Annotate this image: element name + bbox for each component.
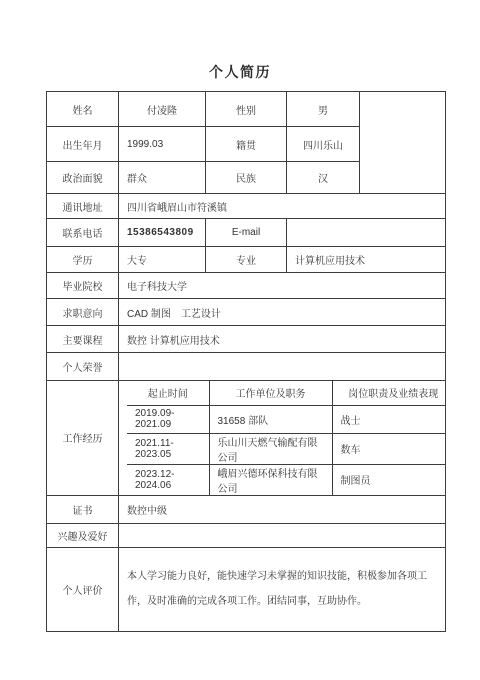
native-place-label: 籍贯 [206, 127, 287, 162]
row-evaluation: 个人评价 本人学习能力良好，能快速学习未掌握的知识技能，积极参加各项工作，及时准… [47, 547, 446, 631]
major-label: 专业 [206, 247, 287, 273]
main-courses-label: 主要课程 [47, 326, 119, 353]
address-value: 四川省峨眉山市符溪镇 [119, 194, 446, 219]
row-hobbies: 兴趣及爱好 [47, 523, 446, 547]
photo-placeholder [360, 92, 446, 194]
honors-label: 个人荣誉 [47, 353, 119, 381]
political-status-label: 政治面貌 [47, 162, 119, 194]
school-label: 毕业院校 [47, 273, 119, 299]
address-label: 通讯地址 [47, 194, 119, 219]
phone-value: 15386543809 [119, 219, 206, 247]
we-row: 2019.09-2021.09 31658 部队 战士 [127, 405, 446, 433]
gender-value: 男 [287, 92, 360, 127]
we-duty: 制图员 [332, 464, 446, 495]
resume-table: 姓名 付凌隆 性别 男 出生年月 1999.03 籍贯 四川乐山 政治面貌 群众… [46, 91, 446, 632]
row-school: 毕业院校 电子科技大学 [47, 273, 446, 299]
major-value: 计算机应用技术 [287, 247, 446, 273]
we-duty: 战士 [332, 405, 446, 433]
row-education-major: 学历 大专 专业 计算机应用技术 [47, 247, 446, 273]
row-main-courses: 主要课程 数控 计算机应用技术 [47, 326, 446, 353]
we-header-duty: 岗位职责及业绩表现 [332, 381, 446, 405]
email-value [287, 219, 446, 247]
we-period: 2019.09-2021.09 [127, 405, 209, 433]
work-experience-table: 起止时间 工作单位及职务 岗位职责及业绩表现 2019.09-2021.09 3… [127, 381, 446, 495]
name-label: 姓名 [47, 92, 119, 127]
evaluation-label: 个人评价 [47, 547, 119, 631]
row-name-gender: 姓名 付凌隆 性别 男 [47, 92, 446, 127]
job-intention-value: CAD 制图 工艺设计 [119, 299, 446, 326]
work-experience-label: 工作经历 [47, 381, 119, 496]
hobbies-value [119, 523, 446, 547]
email-label: E-mail [206, 219, 287, 247]
ethnicity-label: 民族 [206, 162, 287, 194]
gender-label: 性别 [206, 92, 287, 127]
main-courses-value: 数控 计算机应用技术 [119, 326, 446, 353]
resume-page: 个人简历 姓名 付凌隆 性别 男 出生年月 1999.03 籍贯 四川乐山 政治… [0, 0, 480, 680]
certificate-label: 证书 [47, 495, 119, 523]
hobbies-label: 兴趣及爱好 [47, 523, 119, 547]
row-address: 通讯地址 四川省峨眉山市符溪镇 [47, 194, 446, 219]
native-place-value: 四川乐山 [287, 127, 360, 162]
we-period: 2023.12-2024.06 [127, 464, 209, 495]
work-experience-section: 起止时间 工作单位及职务 岗位职责及业绩表现 2019.09-2021.09 3… [119, 381, 446, 496]
birth-value: 1999.03 [119, 127, 206, 162]
we-company: 31658 部队 [209, 405, 332, 433]
education-label: 学历 [47, 247, 119, 273]
education-value: 大专 [119, 247, 206, 273]
honors-value [119, 353, 446, 381]
certificate-value: 数控中级 [119, 495, 446, 523]
phone-label: 联系电话 [47, 219, 119, 247]
we-header-company: 工作单位及职务 [209, 381, 332, 405]
school-value: 电子科技大学 [119, 273, 446, 299]
ethnicity-value: 汉 [287, 162, 360, 194]
we-period: 2021.11-2023.05 [127, 433, 209, 464]
row-certificate: 证书 数控中级 [47, 495, 446, 523]
row-work-experience: 工作经历 起止时间 工作单位及职务 岗位职责及业绩表现 2019.09-2021… [47, 381, 446, 496]
we-row: 2021.11-2023.05 乐山川天燃气输配有限公司 数车 [127, 433, 446, 464]
job-intention-label: 求职意向 [47, 299, 119, 326]
we-company: 乐山川天燃气输配有限公司 [209, 433, 332, 464]
we-header-period: 起止时间 [127, 381, 209, 405]
we-row: 2023.12-2024.06 峨眉兴德环保科技有限公司 制图员 [127, 464, 446, 495]
birth-label: 出生年月 [47, 127, 119, 162]
we-company: 峨眉兴德环保科技有限公司 [209, 464, 332, 495]
row-phone-email: 联系电话 15386543809 E-mail [47, 219, 446, 247]
we-header-row: 起止时间 工作单位及职务 岗位职责及业绩表现 [127, 381, 446, 405]
evaluation-value: 本人学习能力良好，能快速学习未掌握的知识技能，积极参加各项工作，及时准确的完成各… [119, 547, 446, 631]
we-duty: 数车 [332, 433, 446, 464]
political-status-value: 群众 [119, 162, 206, 194]
row-honors: 个人荣誉 [47, 353, 446, 381]
page-title: 个人简历 [0, 62, 480, 82]
row-job-intention: 求职意向 CAD 制图 工艺设计 [47, 299, 446, 326]
name-value: 付凌隆 [119, 92, 206, 127]
